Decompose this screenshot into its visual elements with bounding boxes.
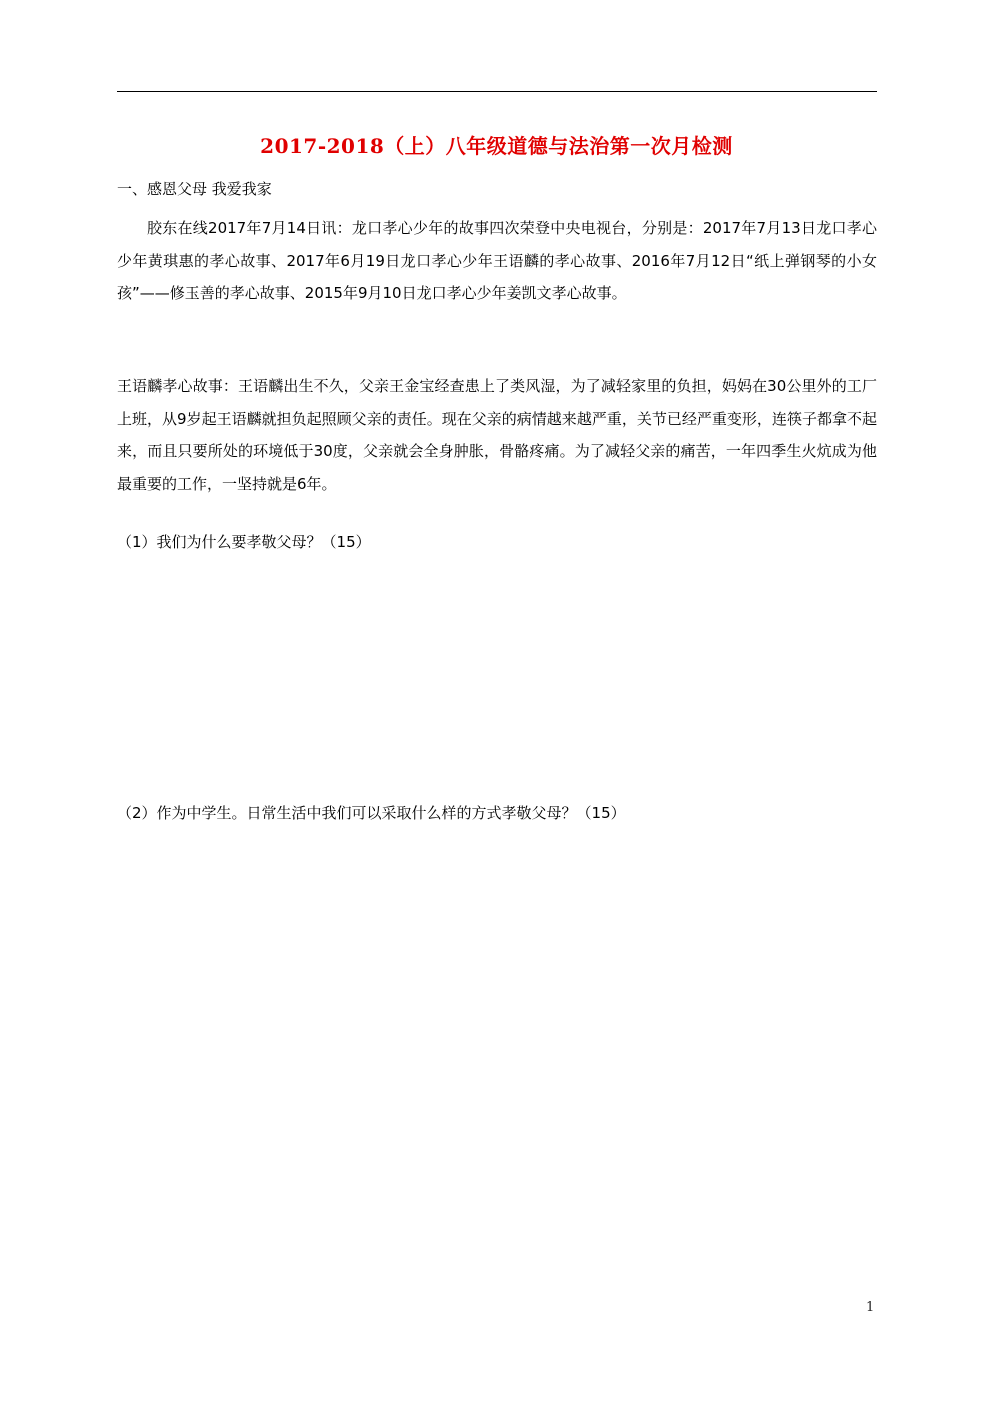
question-2: （2）作为中学生。日常生活中我们可以采取什么样的方式孝敬父母？（15） bbox=[117, 802, 626, 823]
paragraph-story: 王语麟孝心故事：王语麟出生不久，父亲王金宝经查患上了类风湿，为了减轻家里的负担，… bbox=[117, 370, 877, 500]
section-heading: 一、感恩父母 我爱我家 bbox=[117, 178, 272, 199]
question-1: （1）我们为什么要孝敬父母？（15） bbox=[117, 531, 371, 552]
header-rule bbox=[117, 91, 877, 92]
page-number: 1 bbox=[866, 1300, 874, 1315]
paragraph-news: 胶东在线2017年7月14日讯：龙口孝心少年的故事四次荣登中央电视台，分别是：2… bbox=[117, 212, 877, 310]
document-title: 2017-2018（上）八年级道德与法治第一次月检测 bbox=[0, 130, 993, 159]
